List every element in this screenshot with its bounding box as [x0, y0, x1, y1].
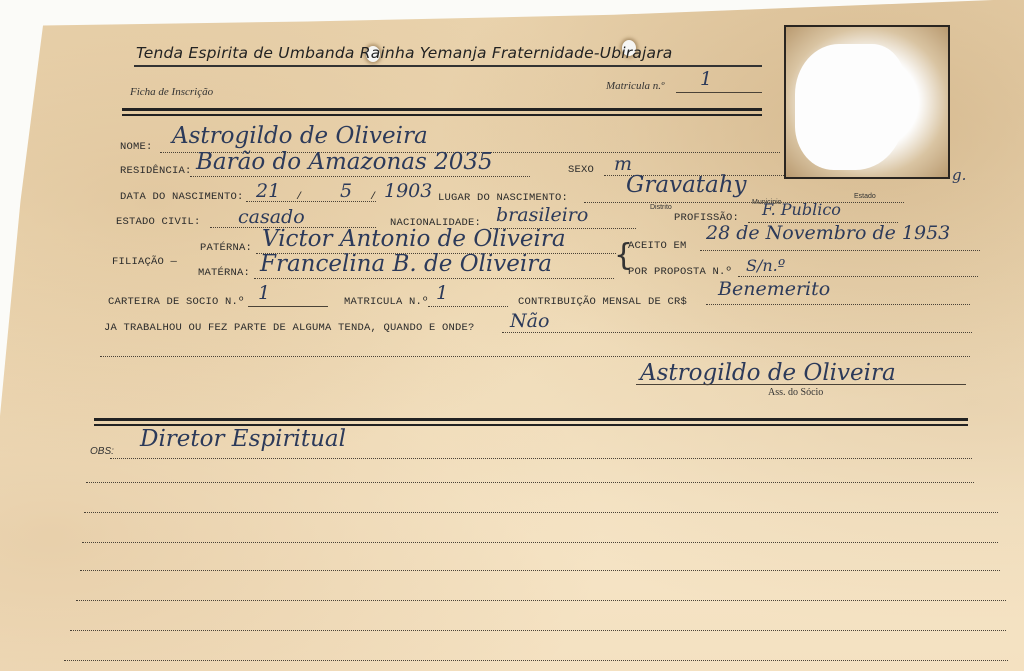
data-nascimento-label: DATA DO NASCIMENTO:	[120, 191, 244, 203]
date-separator: /	[370, 191, 377, 203]
paterna-value: Victor Antonio de Oliveira	[262, 226, 566, 252]
signature: Astrogildo de Oliveira	[640, 360, 896, 386]
form-name: Ficha de Inscrição	[130, 86, 213, 98]
aceito-value: 28 de Novembro de 1953	[706, 222, 950, 244]
matricula-label: MATRICULA N.º	[344, 296, 429, 308]
matricula-header-value: 1	[700, 68, 712, 90]
photo-area-mark: g.	[952, 166, 966, 184]
nacionalidade-value: brasileiro	[496, 204, 588, 226]
lugar-nascimento-line	[584, 202, 904, 203]
obs-divider	[94, 418, 968, 426]
carteira-label: CARTEIRA DE SOCIO N.º	[108, 296, 245, 308]
proposta-line	[738, 276, 978, 277]
filiacao-label: FILIAÇÃO —	[112, 256, 177, 268]
profissao-value: F. Publico	[762, 200, 841, 219]
ruled-line	[84, 512, 998, 513]
contribuicao-label: CONTRIBUIÇÃO MENSAL DE CR$	[518, 296, 687, 308]
signature-label: Ass. do Sócio	[768, 387, 823, 398]
paterna-label: PATÉRNA:	[200, 242, 252, 254]
blank-line	[100, 356, 970, 357]
organization-title: Tenda Espirita de Umbanda Rainha Yemanja…	[136, 44, 673, 62]
ruled-line	[82, 542, 998, 543]
residencia-line	[190, 176, 530, 177]
trabalhou-line	[502, 332, 972, 333]
birth-month: 5	[340, 180, 352, 202]
date-separator: /	[296, 191, 303, 203]
signature-line	[636, 384, 966, 385]
contribuicao-value: Benemerito	[718, 278, 830, 300]
estado-sublabel: Estado	[854, 193, 876, 200]
matricula-line	[428, 306, 508, 307]
birth-year: 1903	[384, 180, 432, 202]
nome-value: Astrogildo de Oliveira	[172, 123, 428, 149]
materna-value: Francelina B. de Oliveira	[260, 251, 552, 277]
residencia-value: Barão do Amazonas 2035	[196, 149, 493, 175]
aceito-line	[700, 250, 980, 251]
matricula-header-label: Matricula n.º	[606, 80, 664, 92]
residencia-label: RESIDÊNCIA:	[120, 165, 192, 177]
header-divider	[122, 108, 762, 116]
ruled-line	[86, 482, 974, 483]
estado-civil-value: casado	[238, 206, 305, 228]
ruled-line	[64, 660, 1008, 661]
trabalhou-label: JA TRABALHOU OU FEZ PARTE DE ALGUMA TEND…	[104, 322, 475, 334]
ruled-line	[70, 630, 1006, 631]
obs-value: Diretor Espiritual	[140, 426, 346, 452]
contribuicao-line	[706, 304, 970, 305]
torn-photo-area	[795, 44, 905, 170]
materna-label: MATÉRNA:	[198, 267, 250, 279]
title-underline	[134, 65, 762, 67]
nome-label: NOME:	[120, 141, 153, 153]
trabalhou-value: Não	[510, 310, 549, 332]
birth-day: 21	[256, 180, 280, 202]
lugar-nascimento-label: LUGAR DO NASCIMENTO:	[438, 192, 568, 204]
estado-civil-label: ESTADO CIVIL:	[116, 216, 201, 228]
carteira-value: 1	[258, 282, 270, 304]
proposta-value: S/n.º	[746, 256, 785, 275]
materna-line	[254, 278, 614, 279]
matricula-value: 1	[436, 282, 448, 304]
matricula-header-line	[676, 92, 762, 93]
proposta-label: POR PROPOSTA N.º	[628, 266, 732, 278]
obs-label: OBS:	[90, 446, 114, 457]
carteira-line	[248, 306, 328, 307]
ruled-line	[80, 570, 1000, 571]
distrito-sublabel: Distrito	[650, 204, 672, 211]
aceito-label: ACEITO EM	[628, 240, 687, 252]
sexo-label: SEXO	[568, 164, 594, 176]
obs-line	[110, 458, 972, 459]
lugar-nascimento-value: Gravatahy	[626, 172, 747, 198]
ruled-line	[76, 600, 1006, 601]
